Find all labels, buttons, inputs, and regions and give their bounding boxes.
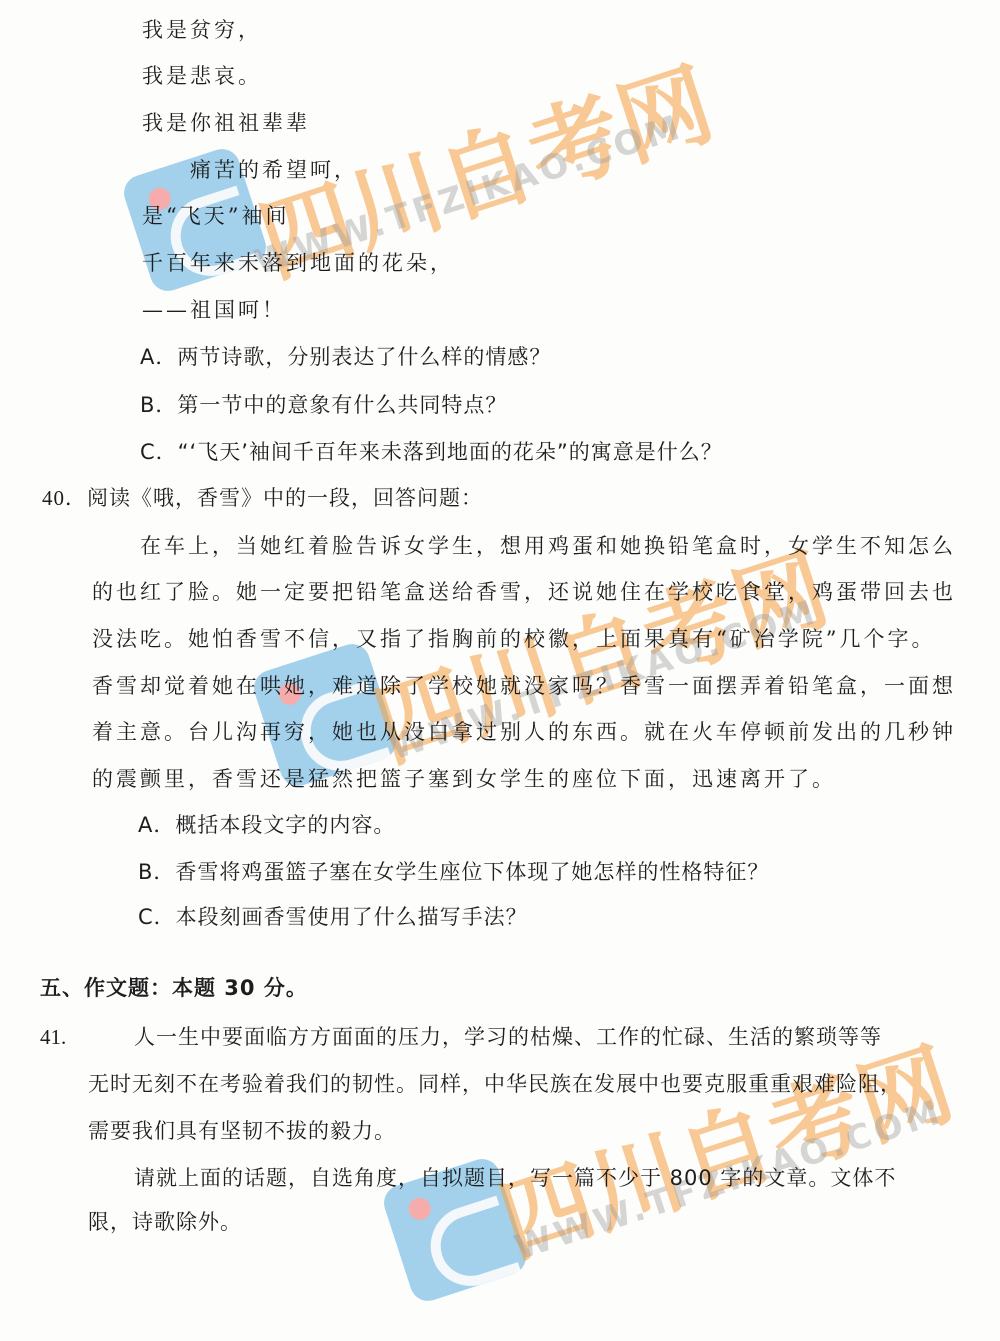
question-number: 41.: [40, 1023, 66, 1051]
passage-line: 着主意。台儿沟再穷，她也从没白拿过别人的东西。就在火车停顿前发出的几秒钟: [92, 718, 956, 746]
poem-line: 千百年来未落到地面的花朵，: [142, 249, 454, 277]
passage-line: 的震颤里，香雪还是猛然把篮子塞到女学生的座位下面，迅速离开了。: [92, 765, 836, 793]
section-heading: 五、作文题：本题 30 分。: [40, 974, 308, 1002]
poem-line: 我是贫穷，: [142, 16, 262, 44]
passage-line: 香雪却觉着她在哄她，难道除了学校她就没家吗？香雪一面摆弄着铅笔盒，一面想: [92, 672, 956, 700]
passage-line: 没法吃。她怕香雪不信，又指了指胸前的校徽，上面果真有“矿冶学院”几个字。: [92, 625, 935, 653]
essay-instruction-line: 限，诗歌除外。: [88, 1208, 242, 1236]
poem-line: 是“飞天”袖间: [142, 202, 289, 230]
q40-prompt: 40．阅读《哦，香雪》中的一段，回答问题：: [42, 484, 483, 512]
question-number: 40．: [42, 486, 87, 510]
q40-subquestion-b: B．香雪将鸡蛋篮子塞在女学生座位下体现了她怎样的性格特征？: [138, 858, 769, 886]
q40-subquestion-a: A．概括本段文字的内容。: [138, 811, 395, 839]
essay-prompt-line: 无时无刻不在考验着我们的韧性。同样，中华民族在发展中也要克服重重艰难险阻，: [88, 1070, 902, 1098]
q39-subquestion-c: C．“‘飞天’袖间千百年来未落到地面的花朵”的寓意是什么？: [140, 438, 723, 466]
q39-subquestion-a: A．两节诗歌，分别表达了什么样的情感？: [140, 343, 551, 371]
q40-subquestion-c: C．本段刻画香雪使用了什么描写手法？: [138, 903, 528, 931]
essay-prompt-line: 人一生中要面临方方面面的压力，学习的枯燥、工作的忙碌、生活的繁琐等等: [134, 1023, 882, 1051]
poem-line: 我是你祖祖辈辈: [142, 109, 310, 137]
passage-line: 的也红了脸。她一定要把铅笔盒送给香雪，还说她住在学校吃食堂，鸡蛋带回去也: [92, 578, 956, 606]
q39-subquestion-b: B．第一节中的意象有什么共同特点？: [140, 391, 507, 419]
question-prompt: 阅读《哦，香雪》中的一段，回答问题：: [87, 486, 483, 510]
exam-page: 四川自考网 WWW.TFZIKAO.COM 四川自考网 WWW.TFZIKAO.…: [0, 0, 1000, 1341]
poem-line: 我是悲哀。: [142, 62, 262, 90]
essay-instruction-line: 请就上面的话题，自选角度，自拟题目，写一篇不少于 800 字的文章。文体不: [134, 1164, 896, 1192]
passage-line: 在车上，当她红着脸告诉女学生，想用鸡蛋和她换铅笔盒时，女学生不知怎么: [140, 532, 956, 560]
poem-line: 痛苦的希望呵，: [190, 156, 358, 184]
watermark-text: 四川自考网: [481, 1011, 969, 1282]
essay-prompt-line: 需要我们具有坚韧不拔的毅力。: [88, 1117, 396, 1145]
poem-line: ——祖国呵！: [142, 296, 286, 324]
